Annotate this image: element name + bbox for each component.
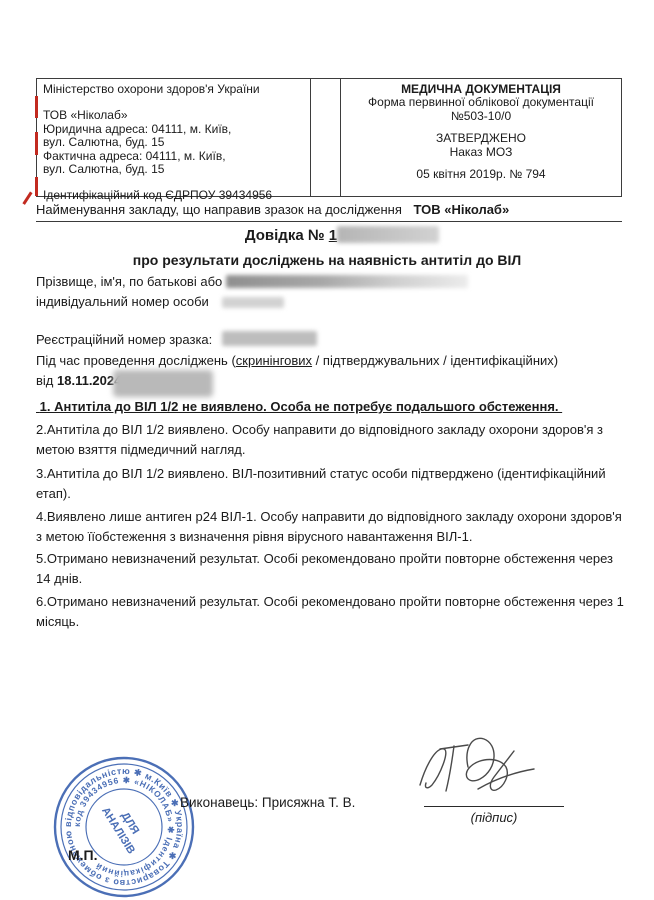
redacted-date-area xyxy=(113,370,213,397)
ministry-line: Міністерство охорони здоров'я України xyxy=(43,83,304,96)
ruled-line xyxy=(36,221,622,222)
screening-underlined-option: скринінгових xyxy=(236,353,312,368)
person-id-label: індивідуальний номер особи xyxy=(36,294,209,309)
institution-line: Найменування закладу, що направив зразок… xyxy=(36,200,624,220)
medical-documentation-title: МЕДИЧНА ДОКУМЕНТАЦІЯ xyxy=(345,83,617,96)
person-block: Прізвище, ім'я, по батькові або індивіду… xyxy=(36,272,624,311)
red-correction-mark xyxy=(35,96,38,118)
red-correction-flick xyxy=(22,191,32,204)
date-label: від xyxy=(36,373,57,388)
screening-date: 18.11.2024 xyxy=(57,373,121,388)
result-item-3: 3.Антитіла до ВІЛ 1/2 виявлено. ВІЛ-пози… xyxy=(36,464,624,503)
result-item-4: 4.Виявлено лише антиген р24 ВІЛ-1. Особу… xyxy=(36,507,624,546)
seal-place-mark: М.П. xyxy=(68,847,98,863)
legal-address-line2: вул. Салютна, буд. 15 xyxy=(43,136,304,149)
screening-prefix: Під час проведення досліджень ( xyxy=(36,353,236,368)
certificate-subtitle: про результати досліджень на наявність а… xyxy=(0,252,654,268)
result-item-5: 5.Отримано невизначений результат. Особі… xyxy=(36,549,624,588)
executor-line: Виконавець: Присяжна Т. В. xyxy=(180,795,355,810)
signature-caption: (підпис) xyxy=(424,810,564,825)
order-label: Наказ МОЗ xyxy=(345,146,617,159)
screening-suffix: / підтверджувальних / ідентифікаційних) xyxy=(312,353,558,368)
person-name-label: Прізвище, ім'я, по батькові або xyxy=(36,274,222,289)
result-item-2: 2.Антитіла до ВІЛ 1/2 виявлено. Особу на… xyxy=(36,420,624,459)
legal-address-line1: Юридична адреса: 04111, м. Київ, xyxy=(43,123,304,136)
form-info-cell: МЕДИЧНА ДОКУМЕНТАЦІЯ Форма первинної обл… xyxy=(341,79,621,196)
certificate-title-text: Довідка № xyxy=(245,227,329,244)
screening-type-line: Під час проведення досліджень (скринінго… xyxy=(36,351,624,371)
order-date: 05 квітня 2019р. № 794 xyxy=(345,168,617,181)
redacted-certificate-number xyxy=(337,226,439,243)
actual-address-line2: вул. Салютна, буд. 15 xyxy=(43,163,304,176)
medical-certificate-page: Міністерство охорони здоров'я України ТО… xyxy=(0,0,654,900)
org-name: ТОВ «Ніколаб» xyxy=(43,109,304,122)
round-stamp: відповідальністю ✱ м.Київ ✱ Україна ✱ То… xyxy=(48,752,200,900)
result-item-1: 1. Антитіла до ВІЛ 1/2 не виявлено. Особ… xyxy=(36,397,624,417)
certificate-number-digit: 1 xyxy=(329,227,337,244)
sample-registration-line: Реєстраційний номер зразка: xyxy=(36,330,624,350)
red-correction-mark xyxy=(35,177,38,196)
result-item-6: 6.Отримано невизначений результат. Особі… xyxy=(36,592,624,631)
redacted-sample-number xyxy=(222,331,317,346)
form-type-line: Форма первинної облікової документації xyxy=(345,96,617,109)
actual-address-line1: Фактична адреса: 04111, м. Київ, xyxy=(43,150,304,163)
institution-value: ТОВ «Ніколаб» xyxy=(414,202,510,217)
red-correction-mark xyxy=(35,132,38,155)
header-table: Міністерство охорони здоров'я України ТО… xyxy=(36,78,622,197)
signature-line xyxy=(424,806,564,807)
institution-label: Найменування закладу, що направив зразок… xyxy=(36,202,402,217)
person-name-line: Прізвище, ім'я, по батькові або xyxy=(36,272,624,292)
signature-scribble xyxy=(406,727,581,812)
certificate-title: Довідка № 1 xyxy=(0,226,654,244)
sample-registration-label: Реєстраційний номер зразка: xyxy=(36,332,212,347)
person-id-line: індивідуальний номер особи xyxy=(36,292,624,312)
ministry-cell: Міністерство охорони здоров'я України ТО… xyxy=(37,79,311,196)
redacted-person-id xyxy=(222,297,284,308)
empty-cell xyxy=(311,79,341,196)
redacted-person-name xyxy=(226,275,468,288)
form-number: №503-10/0 xyxy=(345,110,617,123)
approved-label: ЗАТВЕРДЖЕНО xyxy=(345,132,617,145)
